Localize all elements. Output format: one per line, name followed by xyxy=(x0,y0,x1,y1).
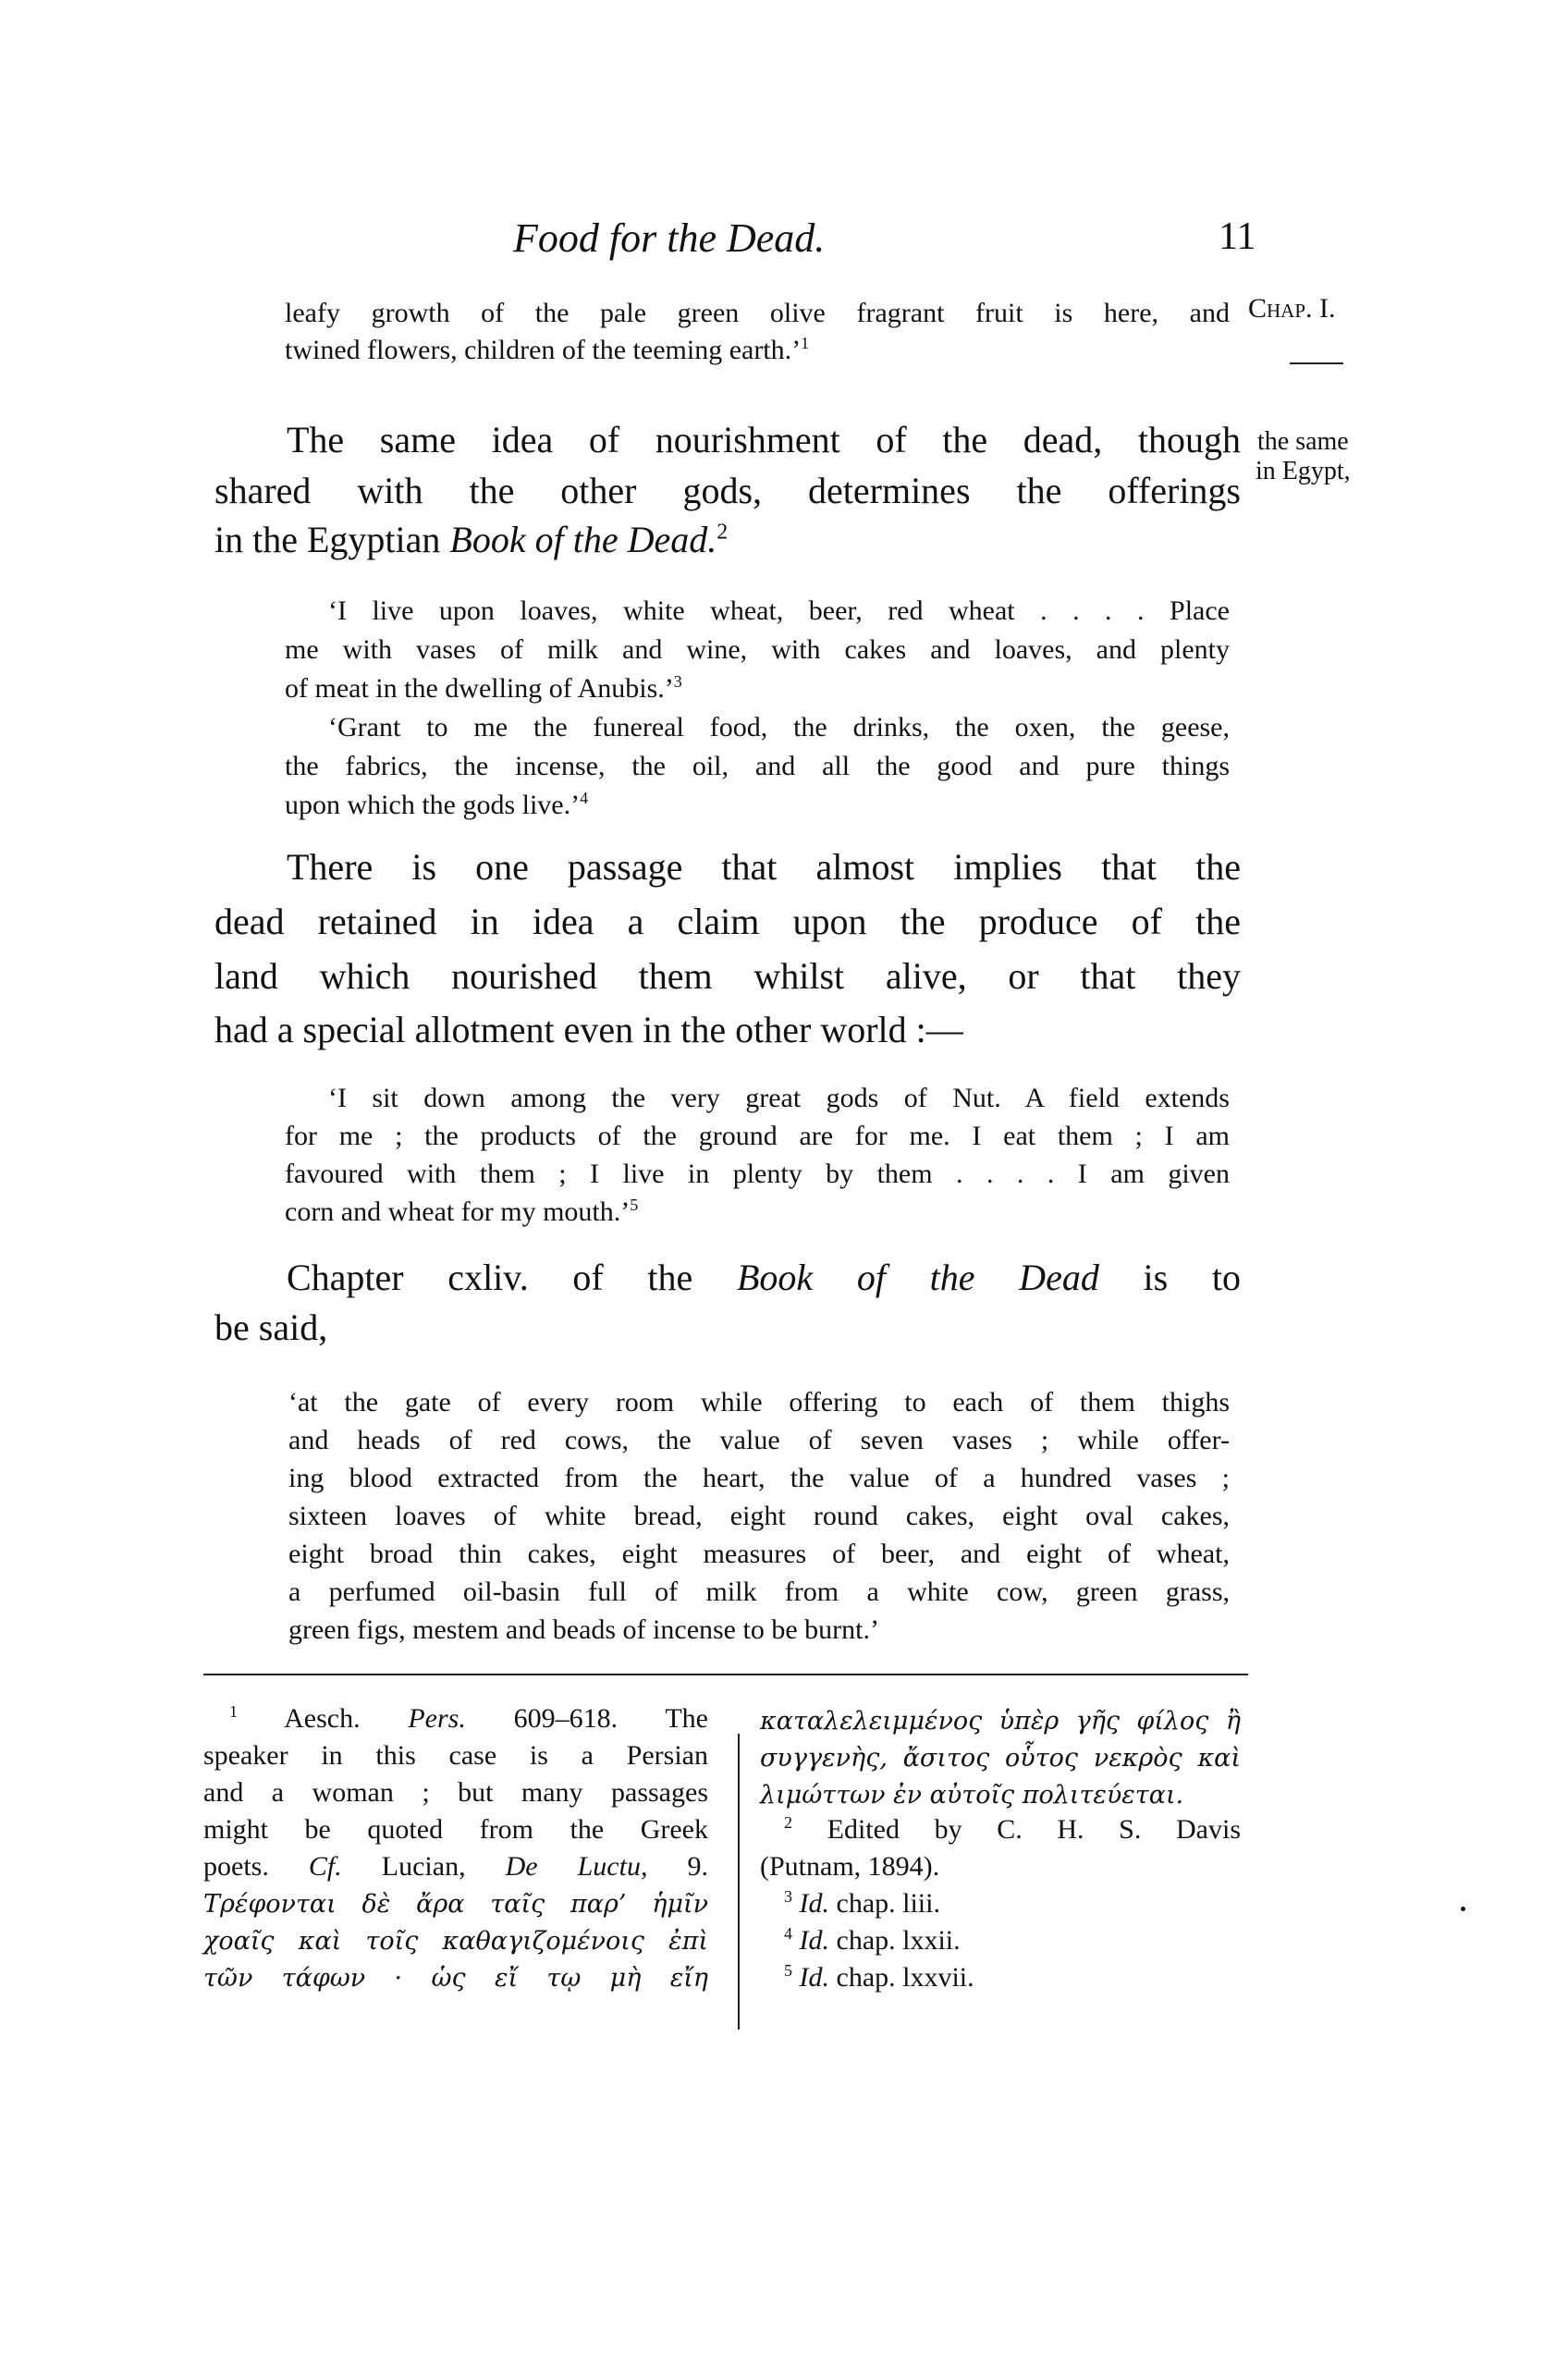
footnote-4: 4 Id. chap. lxxii. xyxy=(784,1925,961,1957)
text-line: green figs, mestem and beads of incense … xyxy=(288,1611,879,1650)
text-span: Chapter cxliv. of the xyxy=(287,1257,737,1298)
greek-line: Τρέφονται δὲ ἄρα ταῖς παρ’ ἡμῖν xyxy=(203,1890,708,1919)
text-span: 9. xyxy=(647,1851,708,1882)
text-span: of meat in the dwelling of Anubis.’ xyxy=(285,673,674,704)
footnote-rule xyxy=(203,1674,1248,1675)
text-span: Pers. xyxy=(408,1703,466,1734)
text-line: dead retained in idea a claim upon the p… xyxy=(214,900,1241,943)
text-line: leafy growth of the pale green olive fra… xyxy=(285,294,1230,333)
footnote-ref[interactable]: 5 xyxy=(630,1196,638,1214)
scan-speck xyxy=(1461,1907,1465,1911)
footnote-5: 5 Id. chap. lxxvii. xyxy=(784,1962,974,1994)
text-line: Chapter cxliv. of the Book of the Dead i… xyxy=(287,1256,1241,1299)
text-line: upon which the gods live.’4 xyxy=(285,786,588,825)
text-line: in the Egyptian Book of the Dead.2 xyxy=(214,518,728,561)
text-line: corn and wheat for my mouth.’5 xyxy=(285,1193,638,1232)
greek-line: τῶν τάφων · ὡς εἴ τῳ μὴ εἴη xyxy=(203,1964,708,1993)
greek-line: καταλελειμμένος ὑπὲρ γῆς φίλος ἢ xyxy=(760,1707,1241,1736)
margin-note-line2: in Egypt, xyxy=(1256,457,1351,486)
text-line: poets. Cf. Lucian, De Luctu, 9. xyxy=(203,1851,708,1883)
text-line: of meat in the dwelling of Anubis.’3 xyxy=(285,669,682,708)
text-line: (Putnam, 1894). xyxy=(760,1851,939,1883)
margin-chapter-label: Chap. I. xyxy=(1248,294,1336,324)
text-span: is to xyxy=(1099,1257,1241,1298)
book-title: Book of the Dead xyxy=(737,1257,1099,1298)
text-line: ‘I sit down among the very great gods of… xyxy=(328,1079,1230,1118)
text-line: shared with the other gods, determines t… xyxy=(214,469,1241,512)
text-line: had a special allotment even in the othe… xyxy=(214,1008,963,1051)
text-line: land which nourished them whilst alive, … xyxy=(214,954,1241,998)
page-number: 11 xyxy=(1219,215,1256,259)
footnote-number: 5 xyxy=(784,1961,792,1980)
text-span: corn and wheat for my mouth.’ xyxy=(285,1196,630,1227)
text-line: and a woman ; but many passages xyxy=(203,1777,708,1809)
footnote-1: 1 Aesch. Pers. 609–618. The xyxy=(229,1703,708,1735)
greek-line: χοαῖς καὶ τοῖς καθαγιζομένοις ἐπὶ xyxy=(203,1927,708,1956)
text-line: and heads of red cows, the value of seve… xyxy=(288,1421,1230,1460)
text-line: ‘I live upon loaves, white wheat, beer, … xyxy=(328,592,1230,631)
text-span: 609–618. The xyxy=(466,1703,708,1734)
text-line: be said, xyxy=(214,1306,327,1349)
footnote-number: 3 xyxy=(784,1887,792,1906)
text-span: in the Egyptian xyxy=(214,519,449,560)
text-line: eight broad thin cakes, eight measures o… xyxy=(288,1535,1230,1574)
greek-line: συγγενὴς, ἄσιτος οὗτος νεκρὸς καὶ xyxy=(760,1744,1241,1773)
text-span: chap. lxxvii. xyxy=(829,1962,974,1993)
text-span: Id. xyxy=(792,1925,829,1956)
text-line: ing blood extracted from the heart, the … xyxy=(288,1459,1230,1498)
text-span: Cf. xyxy=(309,1851,342,1882)
text-line: The same idea of nourishment of the dead… xyxy=(287,418,1241,461)
footnote-column-divider xyxy=(738,1734,740,2030)
footnote-ref[interactable]: 3 xyxy=(674,672,682,691)
text-span: poets. xyxy=(203,1851,309,1882)
running-header-title: Food for the Dead. xyxy=(513,215,825,262)
footnote-3: 3 Id. chap. liii. xyxy=(784,1888,940,1920)
text-span: Lucian, xyxy=(342,1851,506,1882)
footnote-number: 2 xyxy=(784,1813,792,1832)
footnote-number: 4 xyxy=(784,1924,792,1943)
text-span: Edited by C. H. S. Davis xyxy=(792,1814,1241,1845)
text-span: Id. xyxy=(792,1888,829,1919)
text-span: twined flowers, children of the teeming … xyxy=(285,335,801,365)
text-line: speaker in this case is a Persian xyxy=(203,1740,708,1772)
text-line: me with vases of milk and wine, with cak… xyxy=(285,631,1230,669)
text-line: twined flowers, children of the teeming … xyxy=(285,331,809,370)
text-line: favoured with them ; I live in plenty by… xyxy=(285,1155,1230,1194)
footnote-number: 1 xyxy=(229,1702,238,1721)
margin-note-line1: the same xyxy=(1257,427,1349,457)
text-span: Aesch. xyxy=(284,1703,408,1734)
margin-rule xyxy=(1290,362,1343,364)
text-line: ‘Grant to me the funereal food, the drin… xyxy=(328,708,1230,747)
text-line: might be quoted from the Greek xyxy=(203,1814,708,1846)
book-title: Book of the Dead. xyxy=(449,519,717,560)
footnote-2: 2 Edited by C. H. S. Davis xyxy=(784,1814,1241,1846)
text-line: for me ; the products of the ground are … xyxy=(285,1117,1230,1156)
text-line: a perfumed oil-basin full of milk from a… xyxy=(288,1573,1230,1612)
text-span: chap. lxxii. xyxy=(829,1925,961,1956)
footnote-ref[interactable]: 4 xyxy=(580,789,588,807)
footnote-ref[interactable]: 1 xyxy=(801,334,809,352)
text-span: Id. xyxy=(792,1962,829,1993)
text-line: the fabrics, the incense, the oil, and a… xyxy=(285,747,1230,786)
text-span: upon which the gods live.’ xyxy=(285,790,580,820)
text-line: There is one passage that almost implies… xyxy=(287,845,1241,889)
greek-line: λιμώττων ἐν αὐτοῖς πολιτεύεται. xyxy=(760,1781,1183,1810)
text-span: De Luctu, xyxy=(506,1851,648,1882)
text-span: chap. liii. xyxy=(829,1888,940,1919)
text-line: ‘at the gate of every room while offerin… xyxy=(288,1383,1230,1422)
text-line: sixteen loaves of white bread, eight rou… xyxy=(288,1497,1230,1536)
footnote-ref[interactable]: 2 xyxy=(717,521,728,545)
